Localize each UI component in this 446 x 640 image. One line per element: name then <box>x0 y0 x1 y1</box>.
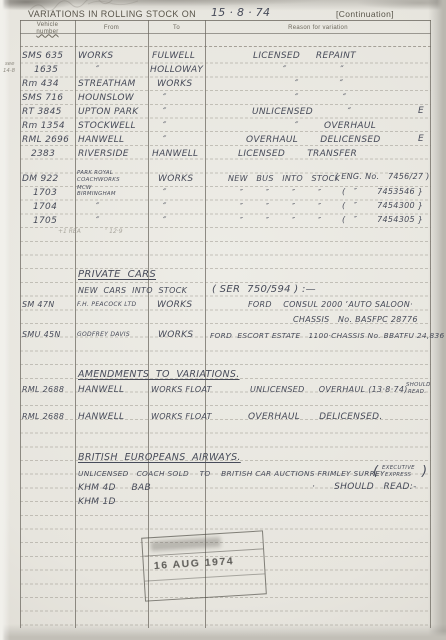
bea-registration-line2: KHM 1D <box>78 497 116 507</box>
column-header-to: To <box>149 25 204 32</box>
section-heading-private-cars: PRIVATE CARS <box>78 269 156 280</box>
cell-vehicle: 1705 <box>33 216 57 226</box>
date-stamp: 16 AUG 1974 <box>141 530 267 601</box>
cell-reason: UNLICENSED OVERHAUL (13·8·74) <box>250 385 408 394</box>
cell-vehicle: 1704 <box>33 202 57 212</box>
cell-to: WORKS <box>157 79 192 89</box>
scanned-document-page: VARIATIONS IN ROLLING STOCK ON 15 · 8 · … <box>0 0 446 640</box>
chassis-number-line: CHASSIS No. BASFPC 28776 <box>293 315 418 324</box>
cell-to: ″ <box>163 135 167 145</box>
scan-edge-left <box>0 0 10 640</box>
stamp-smudge <box>150 537 220 551</box>
cell-flag: E <box>418 134 424 144</box>
cell-reason: NEW BUS INTO STOCK <box>228 174 340 183</box>
cell-from: ″ <box>96 65 100 75</box>
cell-from: HANWELL <box>78 412 124 422</box>
section-heading-bea: BRITISH EUROPEANS AIRWAYS. <box>78 452 241 463</box>
cell-vehicle: SMS 635 <box>22 51 63 61</box>
open-paren: ( <box>373 464 378 479</box>
cell-reason: ″ ″ ″ ″ <box>240 216 321 225</box>
continuation-label: [Continuation] <box>336 9 394 19</box>
cell-reason: ″ ″ <box>295 79 343 89</box>
scan-shadow-bottom <box>0 624 446 640</box>
cell-to: ″ <box>163 202 167 212</box>
cell-reason: FORD CONSUL 2000 ʼAUTO SALOON· <box>248 300 413 309</box>
table-left-border <box>20 20 21 628</box>
cell-reason: ″ ″ ″ ″ <box>240 202 321 211</box>
close-paren: ) <box>422 464 427 479</box>
cell-vehicle: RML 2688 <box>22 412 64 421</box>
cell-from: WORKS <box>78 51 113 61</box>
cell-reason: FORD ESCORT ESTATE 1100·CHASSIS No. BBAT… <box>210 331 445 340</box>
cell-vehicle: Rm 1354 <box>22 121 65 131</box>
date-handwritten: 15 · 8 · 74 <box>211 6 270 19</box>
cell-engine-number: ( ″ 7453546 } <box>342 187 423 196</box>
pencil-note-right: ″ 12·9 <box>105 228 123 235</box>
page-title: VARIATIONS IN ROLLING STOCK ON <box>28 9 196 19</box>
cell-reason: LICENSED REPAINT <box>253 51 356 61</box>
cell-from: GODFREY DAVIS <box>77 331 130 338</box>
pencil-note-left: +1 REA <box>58 228 81 235</box>
cell-to: WORKS <box>158 330 193 340</box>
cell-vehicle: SMS 716 <box>22 93 63 103</box>
private-cars-ser-ref: ( SER 750/594 ) :— <box>212 284 316 295</box>
cell-reason: ″ OVERHAUL <box>295 121 376 131</box>
cell-vehicle: SMU 45N <box>22 330 61 339</box>
cell-to: ″ <box>163 107 167 117</box>
cell-from-line2: COACHWORKS <box>77 177 120 183</box>
note-read: READ. <box>408 389 426 395</box>
cell-reason: LICENSED TRANSFER <box>238 149 357 159</box>
cell-from: STOCKWELL <box>78 121 136 131</box>
cell-vehicle: 1635 <box>34 65 58 75</box>
cell-vehicle: SM 47N <box>22 300 55 309</box>
margin-note-date: 14·8 <box>3 68 15 74</box>
cell-from: HANWELL <box>78 385 124 395</box>
cell-from-line1: PARK ROYAL <box>77 170 113 176</box>
margin-note-see: see <box>5 61 14 67</box>
cell-vehicle: RML 2688 <box>22 385 64 394</box>
cell-from: STREATHAM <box>78 79 136 89</box>
cell-engine-number: ( ENG. No. 7456/27 ) <box>335 172 430 181</box>
cell-to: WORKS FLOAT <box>151 385 212 394</box>
table-header-underline <box>20 33 431 34</box>
note-should: SHOULD <box>406 382 431 388</box>
cell-to: ″ <box>163 93 167 103</box>
cell-to: HANWELL <box>152 149 198 159</box>
column-header-from: From <box>76 25 147 32</box>
cell-vehicle: RT 3845 <box>22 107 62 117</box>
cell-reason: OVERHAUL DELICENSED. <box>248 412 383 422</box>
cell-vehicle: DM 922 <box>22 174 59 184</box>
section-heading-amendments: AMENDMENTS TO VARIATIONS. <box>78 369 240 380</box>
stamp-divider <box>145 573 265 581</box>
stamp-date: 16 AUG 1974 <box>154 555 235 572</box>
cell-vehicle: 1703 <box>33 188 57 198</box>
cell-reason: ″ ″ <box>295 93 347 103</box>
cell-vehicle: 2383 <box>31 149 55 159</box>
bea-should-read: · SHOULD READ:- <box>312 482 417 492</box>
cell-from: HANWELL <box>78 135 124 145</box>
column-header-vehicle: Vehicle number <box>21 22 74 35</box>
bea-note-express: EXPRESS <box>385 472 411 478</box>
cell-reason: ″ ″ ″ ″ <box>240 188 321 197</box>
cell-to: ″ <box>163 216 167 226</box>
table-top-border <box>20 20 431 21</box>
private-cars-intro: NEW CARS INTO STOCK <box>78 286 187 295</box>
cell-from: UPTON PARK <box>78 107 138 117</box>
column-line-vehicle-from <box>75 20 76 628</box>
cell-to: HOLLOWAY <box>150 65 203 75</box>
cell-to: ″ <box>163 188 167 198</box>
cell-from: RIVERSIDE <box>78 149 129 159</box>
cell-to: FULWELL <box>152 51 195 61</box>
bea-sold-line: UNLICENSED COACH SOLD TO BRITISH CAR AUC… <box>78 469 385 478</box>
cell-from: ″ <box>96 216 100 226</box>
cell-vehicle: RML 2696 <box>22 135 69 145</box>
cell-flag: E <box>418 106 424 116</box>
bea-registration-line: KHM 4D BAB <box>78 483 151 493</box>
cell-reason: UNLICENSED ″ <box>252 107 351 117</box>
cell-reason: ″ ″ <box>283 65 344 75</box>
cell-to: ″ <box>163 121 167 131</box>
cell-from: ″ <box>96 202 100 212</box>
cell-to: WORKS <box>157 300 192 310</box>
table-header-dashed-line <box>20 46 431 47</box>
cell-to: WORKS <box>158 174 193 184</box>
table-right-border <box>430 20 431 628</box>
cell-engine-number: ( ″ 7454305 } <box>342 215 423 224</box>
cell-from: F.H. PEACOCK LTD <box>77 301 136 308</box>
cell-to: WORKS FLOAT <box>151 412 212 421</box>
bea-note-executive: EXECUTIVE <box>382 465 415 471</box>
cell-engine-number: ( ″ 7454300 } <box>342 201 423 210</box>
cell-from-line2: BIRMINGHAM <box>77 191 116 197</box>
column-header-reason: Reason for variation <box>207 25 429 32</box>
cell-vehicle: Rm 434 <box>22 79 59 89</box>
cell-reason: OVERHAUL DELICENSED <box>246 135 381 145</box>
cell-from: HOUNSLOW <box>78 93 134 103</box>
